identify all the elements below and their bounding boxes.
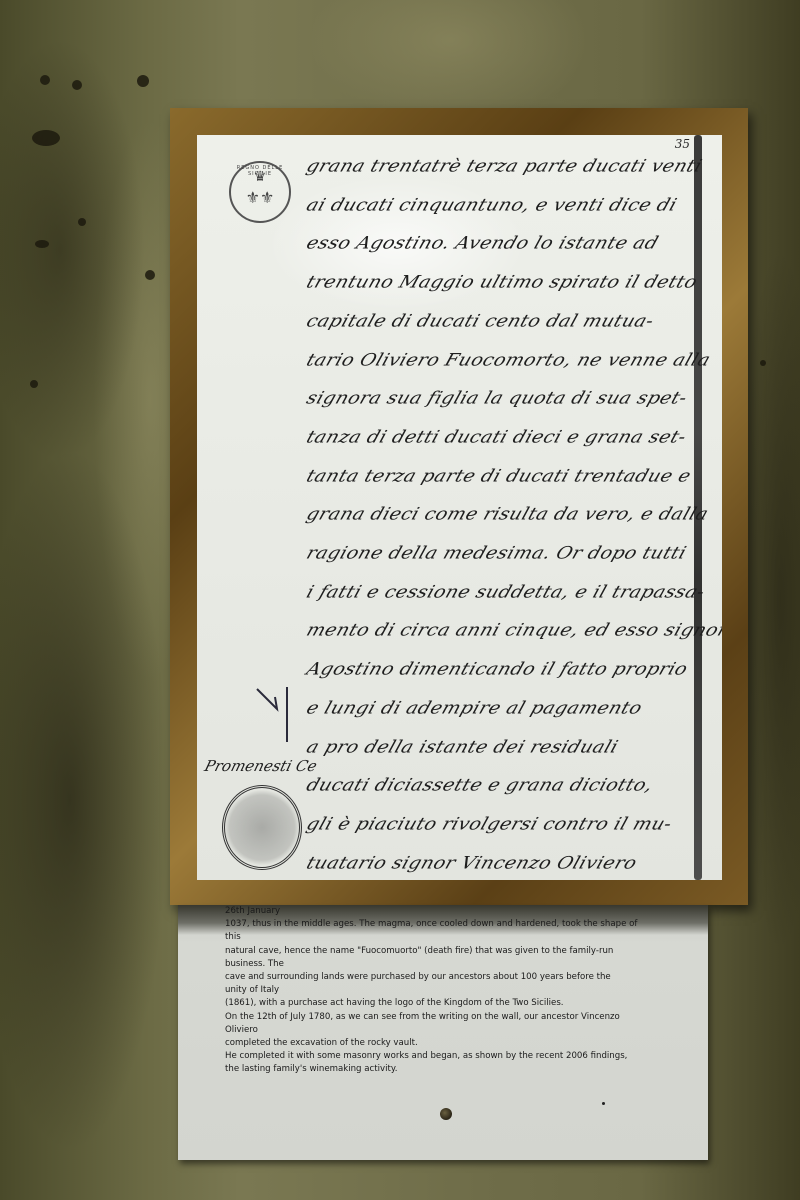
manuscript-line: tanza di detti ducati dieci e grana set- <box>301 420 707 455</box>
margin-check-mark-icon <box>255 687 305 747</box>
manuscript-line: esso Agostino. Avendo lo istante ad <box>301 226 707 261</box>
wall-hole <box>78 218 86 226</box>
crown-icon: ♛ <box>254 169 267 185</box>
notary-stamp-icon <box>222 785 302 870</box>
manuscript-line: gli è piaciuto rivolgersi contro il mu- <box>301 807 707 842</box>
wall-hole <box>35 240 49 248</box>
placard-line: this <box>225 931 668 944</box>
manuscript-line: Agostino dimenticando il fatto proprio <box>301 652 707 687</box>
wall-hole <box>40 75 50 85</box>
handwritten-text: grana trentatrè terza parte ducati venti… <box>307 147 702 880</box>
wall-hole <box>145 270 155 280</box>
manuscript-line: tario Oliviero Fuocomorto, ne venne alla <box>301 342 707 377</box>
placard-line: On the 12th of July 1780, as we can see … <box>225 1011 668 1024</box>
manuscript-line: tuatario signor Vincenzo Oliviero <box>301 846 707 880</box>
kingdom-two-sicilies-seal-icon: REGNO DELLE SICILIE ♛ ⚜⚜ <box>229 161 291 223</box>
manuscript-line: ducati diciassette e grana diciotto, <box>301 768 707 803</box>
wall-hole <box>137 75 149 87</box>
placard-mark <box>602 1102 605 1105</box>
placard-line: completed the excavation of the rocky va… <box>225 1037 668 1050</box>
manuscript-line: ragione della medesima. Or dopo tutti <box>301 536 707 571</box>
manuscript-line: trentuno Maggio ultimo spirato il detto <box>301 265 707 300</box>
placard-line: the lasting family's winemaking activity… <box>225 1063 668 1076</box>
placard-text: 26th January 1037, thus in the middle ag… <box>225 905 668 1077</box>
placard-line: 26th January <box>225 905 668 918</box>
manuscript-line: e lungi di adempire al pagamento <box>301 691 707 726</box>
manuscript-line: tanta terza parte di ducati trentadue e <box>301 459 707 494</box>
manuscript-line: mento di circa anni cinque, ed esso sign… <box>301 613 707 648</box>
manuscript-line: ai ducati cinquantuno, e venti dice di <box>301 188 707 223</box>
placard-line: cave and surrounding lands were purchase… <box>225 971 668 984</box>
manuscript-document: 35 REGNO DELLE SICILIE ♛ ⚜⚜ grana trenta… <box>197 135 722 880</box>
placard-line: 1037, thus in the middle ages. The magma… <box>225 918 668 931</box>
placard-line: (1861), with a purchase act having the l… <box>225 997 668 1010</box>
manuscript-line: grana trentatrè terza parte ducati venti <box>301 149 707 184</box>
wall-hole <box>32 130 60 146</box>
wall-hole <box>72 80 82 90</box>
placard-line: natural cave, hence the name "Fuocomuort… <box>225 945 668 958</box>
manuscript-line: capitale di ducati cento dal mutua- <box>301 304 707 339</box>
placard-line: unity of Italy <box>225 984 668 997</box>
wall-hole <box>30 380 38 388</box>
placard-line: He completed it with some masonry works … <box>225 1050 668 1063</box>
screw-icon <box>440 1108 452 1120</box>
manuscript-line: grana dieci come risulta da vero, e dall… <box>301 497 707 532</box>
placard-line: Oliviero <box>225 1024 668 1037</box>
manuscript-line: i fatti e cessione suddetta, e il trapas… <box>301 575 707 610</box>
wall-hole <box>760 360 766 366</box>
fleur-de-lis-icon: ⚜⚜ <box>246 188 275 207</box>
manuscript-line: a pro della istante dei residuali <box>301 729 707 764</box>
information-placard: 26th January 1037, thus in the middle ag… <box>178 905 708 1160</box>
placard-line: business. The <box>225 958 668 971</box>
manuscript-line: signora sua figlia la quota di sua spet- <box>301 381 707 416</box>
margin-signature: Promenesti Ce <box>203 757 319 775</box>
